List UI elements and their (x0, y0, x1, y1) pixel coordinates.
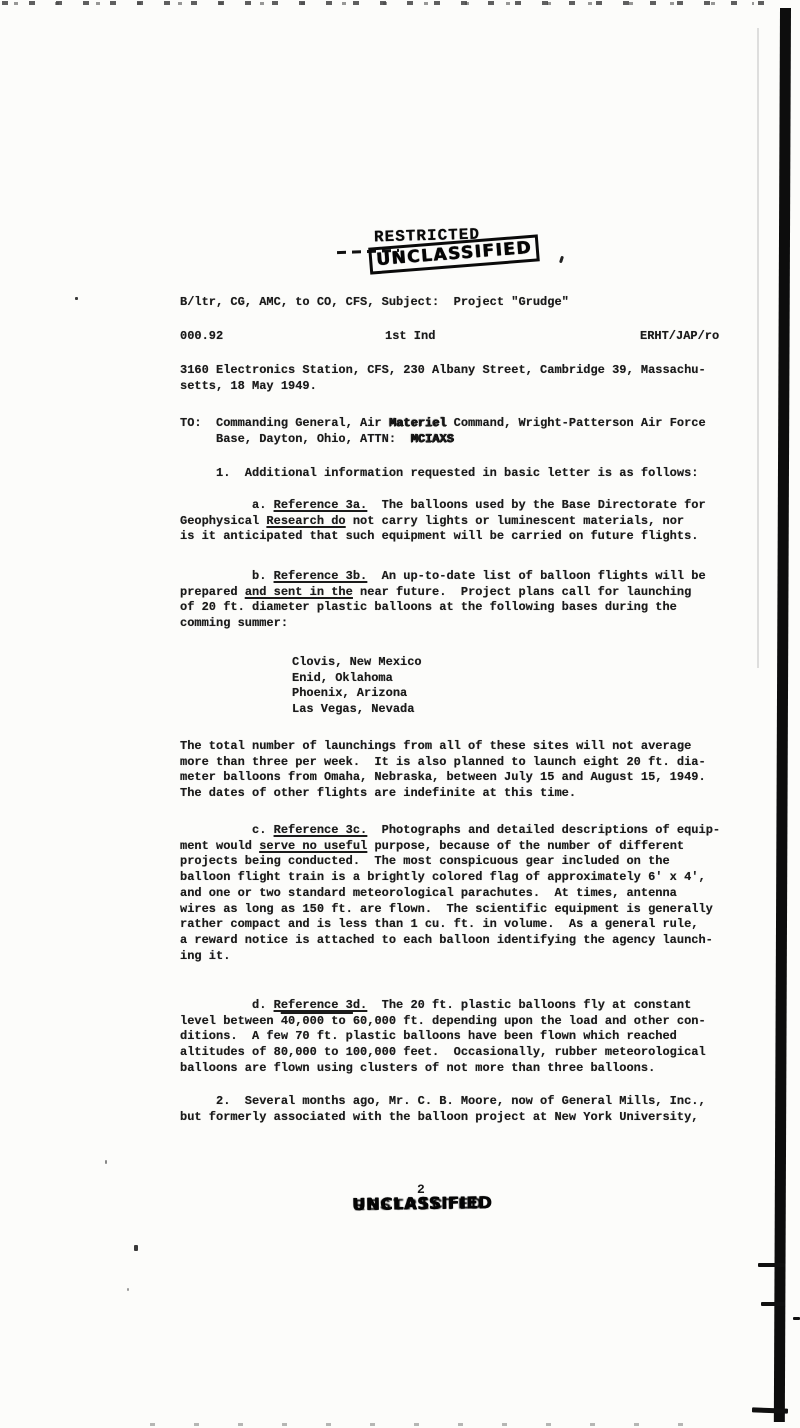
text-run: of 20 ft. diameter plastic balloons at t… (180, 600, 677, 614)
text-line: balloon flight train is a brightly color… (180, 870, 765, 886)
text-run: 1. Additional information requested in b… (180, 466, 698, 480)
text-line: Enid, Oklahoma (292, 671, 800, 687)
text-run: and one or two standard meteorological p… (180, 886, 677, 900)
text-run: The total number of launchings from all … (180, 739, 691, 753)
scanned-document-page: RESTRICTED UNCLASSIFIED B/ltr, CG, AMC, … (0, 0, 800, 1428)
text-run: purpose, because of the number of differ… (367, 839, 684, 853)
text-line: Phoenix, Arizona (292, 686, 800, 702)
text-run: Reference 3c. (274, 823, 368, 837)
text-run: Geophysical (180, 514, 266, 528)
text-line: Las Vegas, Nevada (292, 702, 800, 718)
subject-line: B/ltr, CG, AMC, to CO, CFS, Subject: Pro… (180, 295, 765, 311)
office-symbol: ERHT/JAP/ro (640, 329, 719, 345)
text-run: b. (180, 569, 274, 583)
text-run: Enid, Oklahoma (292, 671, 393, 685)
scan-edge-dashes-top-secondary (14, 2, 754, 5)
text-run: 2. Several months ago, Mr. C. B. Moore, … (180, 1094, 706, 1108)
launch-summary: The total number of launchings from all … (180, 739, 765, 802)
unclassified-stamp-bottom: UNCLASSIFIED (352, 1193, 492, 1214)
text-line: altitudes of 80,000 to 100,000 feet. Occ… (180, 1045, 765, 1061)
scan-tick-mark (752, 1407, 788, 1413)
para-b: b. Reference 3b. An up-to-date list of b… (180, 569, 765, 632)
para-c: c. Reference 3c. Photographs and detaile… (180, 823, 765, 964)
text-line: ditions. A few 70 ft. plastic balloons h… (180, 1029, 765, 1045)
text-run: B/ltr, CG, AMC, to CO, CFS, Subject: Pro… (180, 295, 569, 309)
text-line: setts, 18 May 1949. (180, 379, 765, 395)
text-run: Reference 3a. (274, 498, 368, 512)
text-run: ing it. (180, 949, 230, 963)
text-run: more than three per week. It is also pla… (180, 755, 706, 769)
text-run: balloons are flown using clusters of not… (180, 1061, 655, 1075)
stamp-ink-blot (559, 256, 564, 264)
file-number: 000.92 (180, 329, 223, 345)
text-run: Materiel (389, 416, 447, 430)
text-run: Command, Wright-Patterson Air Force (446, 416, 705, 430)
text-line: Clovis, New Mexico (292, 655, 800, 671)
text-run: c. (180, 823, 274, 837)
scan-speck (127, 1288, 129, 1291)
text-line: and one or two standard meteorological p… (180, 886, 765, 902)
scan-speck (105, 1160, 107, 1164)
scan-speck (75, 297, 78, 300)
text-line: of 20 ft. diameter plastic balloons at t… (180, 600, 765, 616)
text-line: d. Reference 3d. The 20 ft. plastic ball… (180, 998, 765, 1014)
text-run: not carry lights or luminescent material… (346, 514, 684, 528)
text-run: wires as long as 150 ft. are flown. The … (180, 902, 713, 916)
text-line: is it anticipated that such equipment wi… (180, 529, 765, 545)
text-line: projects being conducted. The most consp… (180, 854, 765, 870)
para-2: 2. Several months ago, Mr. C. B. Moore, … (180, 1094, 765, 1125)
bases-list: Clovis, New MexicoEnid, OklahomaPhoenix,… (292, 655, 800, 718)
text-line: level between 40,000 to 60,000 ft. depen… (180, 1014, 765, 1030)
text-run: balloon flight train is a brightly color… (180, 870, 706, 884)
text-line: The total number of launchings from all … (180, 739, 765, 755)
text-run: An up-to-date list of balloon flights wi… (367, 569, 705, 583)
text-line: The dates of other flights are indefinit… (180, 786, 765, 802)
text-line: 3160 Electronics Station, CFS, 230 Alban… (180, 363, 765, 379)
text-run: Photographs and detailed descriptions of… (367, 823, 720, 837)
text-line: more than three per week. It is also pla… (180, 755, 765, 771)
para-a: a. Reference 3a. The balloons used by th… (180, 498, 765, 545)
text-line: 1. Additional information requested in b… (180, 466, 765, 482)
text-line: b. Reference 3b. An up-to-date list of b… (180, 569, 765, 585)
para-d: d. Reference 3d. The 20 ft. plastic ball… (180, 998, 765, 1077)
text-run: level between (180, 1014, 281, 1028)
text-run: meter balloons from Omaha, Nebraska, bet… (180, 770, 706, 784)
text-run: d. (180, 998, 274, 1012)
text-line: but formerly associated with the balloon… (180, 1110, 765, 1126)
to-block: TO: Commanding General, Air Materiel Com… (180, 416, 765, 447)
text-run: MCIAXS (410, 432, 453, 446)
text-run: is it anticipated that such equipment wi… (180, 529, 698, 543)
text-line: TO: Commanding General, Air Materiel Com… (180, 416, 765, 432)
text-run: 3160 Electronics Station, CFS, 230 Alban… (180, 363, 706, 377)
text-run: TO: Commanding General, Air (180, 416, 389, 430)
text-run: setts, 18 May 1949. (180, 379, 317, 393)
text-run: ditions. A few 70 ft. plastic balloons h… (180, 1029, 677, 1043)
text-run: Clovis, New Mexico (292, 655, 422, 669)
text-line: comming summer: (180, 616, 765, 632)
para-1: 1. Additional information requested in b… (180, 466, 765, 482)
scan-tick-mark (793, 1317, 800, 1320)
text-run: 60,000 ft. depending upon the load and o… (353, 1014, 706, 1028)
address-block: 3160 Electronics Station, CFS, 230 Alban… (180, 363, 765, 394)
text-run: a reward notice is attached to each ball… (180, 933, 713, 947)
text-line: a reward notice is attached to each ball… (180, 933, 765, 949)
text-run: Reference 3d. (274, 998, 368, 1012)
bottom-stamp-group: RESTRICTED UNCLASSIFIED (352, 1191, 512, 1223)
text-run: comming summer: (180, 616, 288, 630)
text-run: and sent in the (245, 585, 353, 599)
text-run: The 20 ft. plastic balloons fly at const… (367, 998, 691, 1012)
text-line: wires as long as 150 ft. are flown. The … (180, 902, 765, 918)
text-line: Geophysical Research do not carry lights… (180, 514, 765, 530)
text-line: 2. Several months ago, Mr. C. B. Moore, … (180, 1094, 765, 1110)
text-line: Base, Dayton, Ohio, ATTN: MCIAXS (180, 432, 765, 448)
text-run: rather compact and is less than 1 cu. ft… (180, 917, 698, 931)
text-line: B/ltr, CG, AMC, to CO, CFS, Subject: Pro… (180, 295, 765, 311)
text-run: Base, Dayton, Ohio, ATTN: (180, 432, 410, 446)
text-line: ing it. (180, 949, 765, 965)
text-run: Las Vegas, Nevada (292, 702, 414, 716)
text-line: prepared and sent in the near future. Pr… (180, 585, 765, 601)
indorsement-label: 1st Ind (385, 329, 435, 345)
reference-row: 000.92 1st Ind ERHT/JAP/ro (180, 329, 765, 345)
text-run: serve no useful (259, 839, 367, 853)
text-run: The balloons used by the Base Directorat… (367, 498, 705, 512)
text-run: altitudes of 80,000 to 100,000 feet. Occ… (180, 1045, 706, 1059)
text-run: a. (180, 498, 274, 512)
text-run: projects being conducted. The most consp… (180, 854, 670, 868)
scan-speck (134, 1245, 138, 1251)
text-run: The dates of other flights are indefinit… (180, 786, 576, 800)
text-line: meter balloons from Omaha, Nebraska, bet… (180, 770, 765, 786)
text-run: Phoenix, Arizona (292, 686, 407, 700)
text-line: rather compact and is less than 1 cu. ft… (180, 917, 765, 933)
text-run: Research do (266, 514, 345, 528)
scan-tick-mark (758, 1263, 785, 1267)
text-line: balloons are flown using clusters of not… (180, 1061, 765, 1077)
text-line: ment would serve no useful purpose, beca… (180, 839, 765, 855)
text-line: c. Reference 3c. Photographs and detaile… (180, 823, 765, 839)
scan-tick-mark (761, 1302, 785, 1306)
text-run: 40,000 to (281, 1014, 353, 1028)
text-run: Reference 3b. (274, 569, 368, 583)
text-run: prepared (180, 585, 245, 599)
scan-edge-dashes-bottom (150, 1423, 710, 1426)
text-run: ment would (180, 839, 259, 853)
text-line: a. Reference 3a. The balloons used by th… (180, 498, 765, 514)
text-run: near future. Project plans call for laun… (353, 585, 691, 599)
text-run: but formerly associated with the balloon… (180, 1110, 698, 1124)
